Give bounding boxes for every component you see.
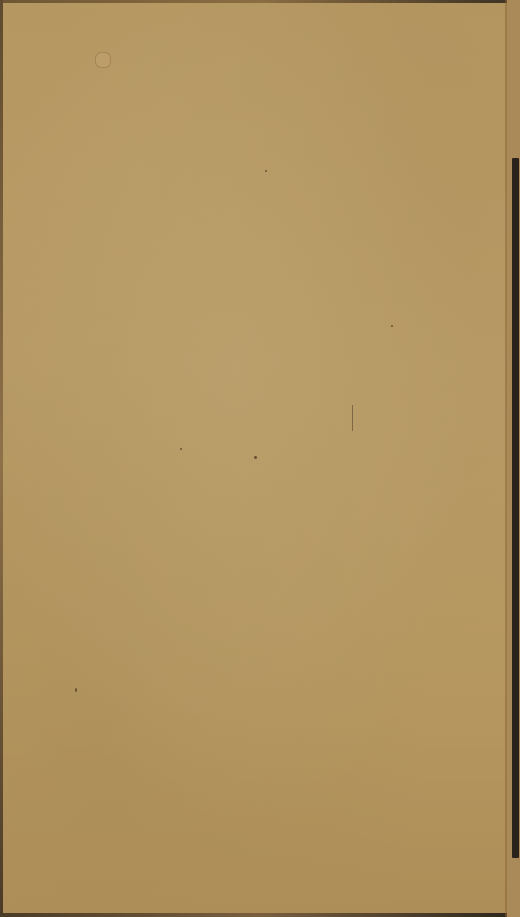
paper-speck (180, 448, 182, 450)
page-left-edge (0, 0, 3, 917)
paper-fiber (352, 405, 353, 431)
binding-marks (509, 136, 519, 156)
paper-speck (75, 688, 77, 692)
paper-stain (95, 52, 111, 68)
paper-speck (391, 325, 393, 327)
page-bottom-edge (0, 913, 520, 917)
paper-speck (265, 170, 267, 172)
page-top-edge (0, 0, 520, 3)
scanned-blank-page (0, 0, 520, 917)
binding-edge (512, 158, 519, 858)
paper-speck (254, 456, 257, 459)
